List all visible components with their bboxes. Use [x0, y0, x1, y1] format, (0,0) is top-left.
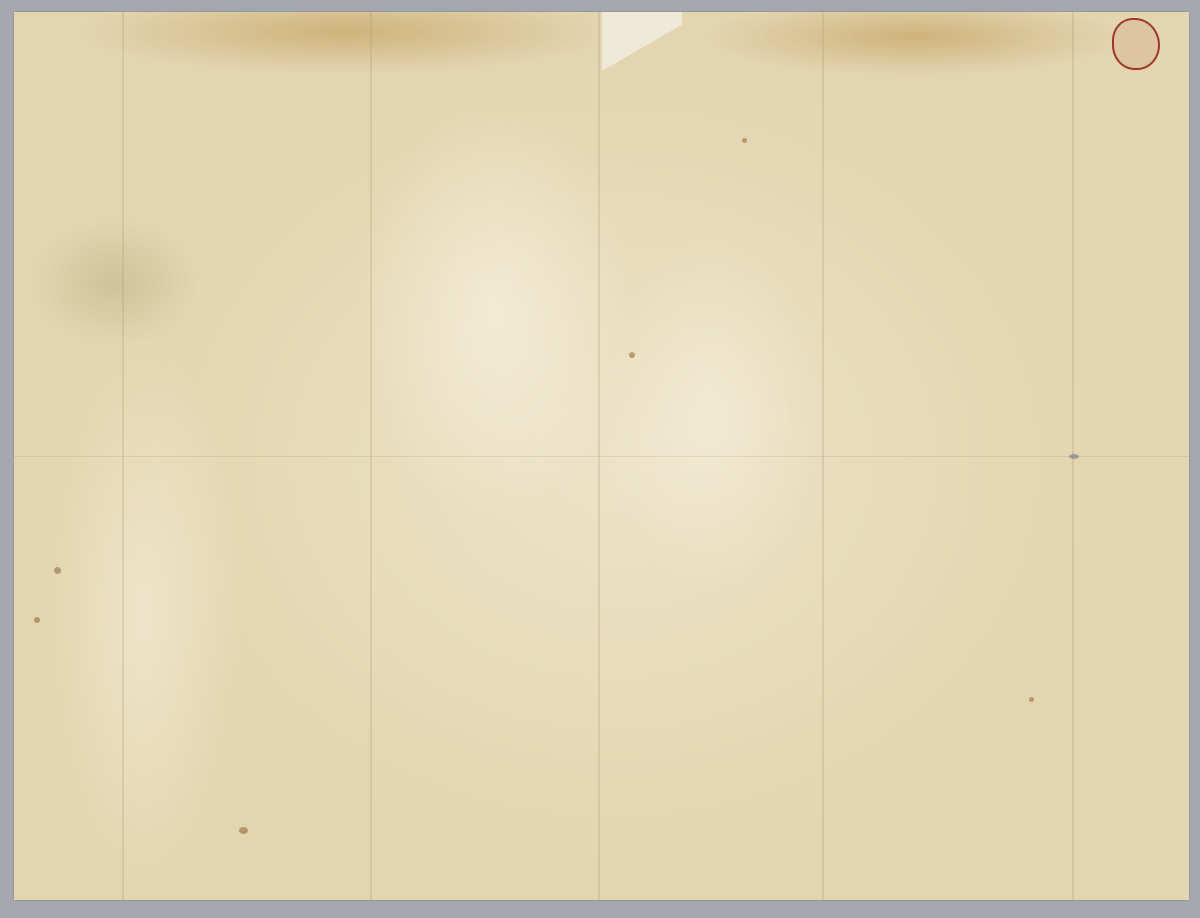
foxing-spot — [34, 617, 40, 623]
foxing-spot — [239, 827, 248, 834]
foxing-spot — [629, 352, 635, 358]
foxing-spot — [742, 138, 747, 143]
fold-line — [14, 456, 1189, 457]
torn-corner — [602, 12, 682, 72]
wax-seal-mark — [1112, 18, 1160, 70]
paper-sheet — [14, 12, 1189, 900]
foxing-spot — [1029, 697, 1034, 702]
foxing-spot — [54, 567, 61, 574]
foxing-spot — [1069, 454, 1079, 459]
